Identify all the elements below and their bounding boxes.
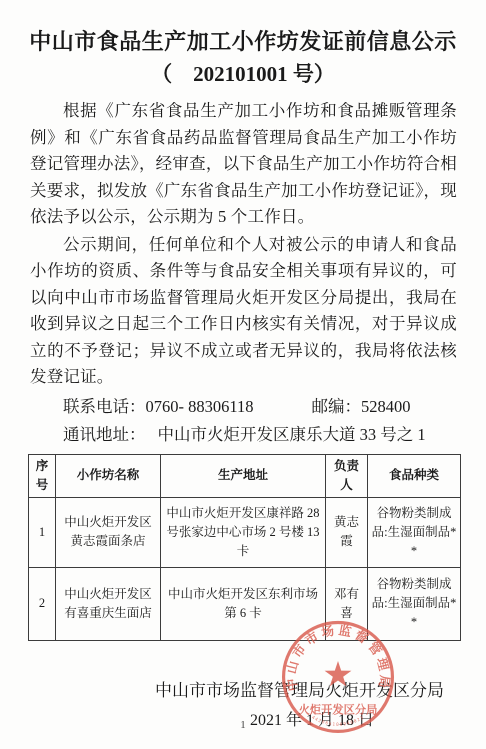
document-page: 中山市食品生产加工小作坊发证前信息公示 （ 202101001 号） 根据《广东… (0, 0, 486, 749)
cell-addr: 中山市火炬开发区康祥路 28 号张家边中心市场 2 号楼 13 卡 (161, 497, 326, 567)
header-addr: 生产地址 (161, 454, 326, 497)
contact-address-line: 通讯地址：中山市火炬开发区康乐大道 33 号之 1 (30, 422, 457, 447)
document-body: 根据《广东省食品生产加工小作坊和食品摊贩管理条例》和《广东省食品药品监督管理局食… (0, 98, 486, 447)
page-number: 1 (0, 719, 486, 731)
cell-resp: 邓有喜 (326, 567, 368, 640)
workshop-table: 序号 小作坊名称 生产地址 负责人 食品种类 1 中山火炬开发区黄志霞面条店 中… (28, 454, 461, 641)
cell-resp: 黄志霞 (326, 497, 368, 567)
postcode-value: 528400 (361, 397, 411, 416)
cell-name: 中山火炬开发区有喜重庆生面店 (56, 567, 161, 640)
header-kind: 食品种类 (368, 454, 461, 497)
cell-addr: 中山市火炬开发区东利市场第 6 卡 (161, 567, 326, 640)
cell-kind: 谷物粉类制成品:生湿面制品** (368, 567, 461, 640)
document-number: （ 202101001 号） (0, 60, 486, 89)
cell-kind: 谷物粉类制成品:生湿面制品** (368, 497, 461, 567)
cell-seq: 2 (29, 567, 56, 640)
header-seq: 序号 (29, 454, 56, 497)
document-title: 中山市食品生产加工小作坊发证前信息公示 (0, 27, 486, 57)
postcode-label: 邮编： (312, 397, 362, 416)
contact-phone-line: 联系电话：0760- 88306118邮编：528400 (30, 394, 457, 419)
header-resp: 负责人 (326, 454, 368, 497)
table-row: 2 中山火炬开发区有喜重庆生面店 中山市火炬开发区东利市场第 6 卡 邓有喜 谷… (29, 567, 461, 640)
phone-label: 联系电话： (63, 397, 146, 416)
paragraph-objection: 公示期间，任何单位和个人对被公示的申请人和食品小作坊的资质、条件等与食品安全相关… (30, 232, 457, 391)
address-value: 中山市火炬开发区康乐大道 33 号之 1 (158, 425, 426, 444)
header-name: 小作坊名称 (56, 454, 161, 497)
phone-value: 0760- 88306118 (146, 397, 254, 416)
address-label: 通讯地址： (63, 425, 146, 444)
cell-name: 中山火炬开发区黄志霞面条店 (56, 497, 161, 567)
cell-seq: 1 (29, 497, 56, 567)
table-header-row: 序号 小作坊名称 生产地址 负责人 食品种类 (29, 454, 461, 497)
signature-organization: 中山市市场监督管理局火炬开发区分局 (0, 679, 486, 703)
paragraph-basis: 根据《广东省食品生产加工小作坊和食品摊贩管理条例》和《广东省食品药品监督管理局食… (30, 98, 457, 231)
table-row: 1 中山火炬开发区黄志霞面条店 中山市火炬开发区康祥路 28 号张家边中心市场 … (29, 497, 461, 567)
